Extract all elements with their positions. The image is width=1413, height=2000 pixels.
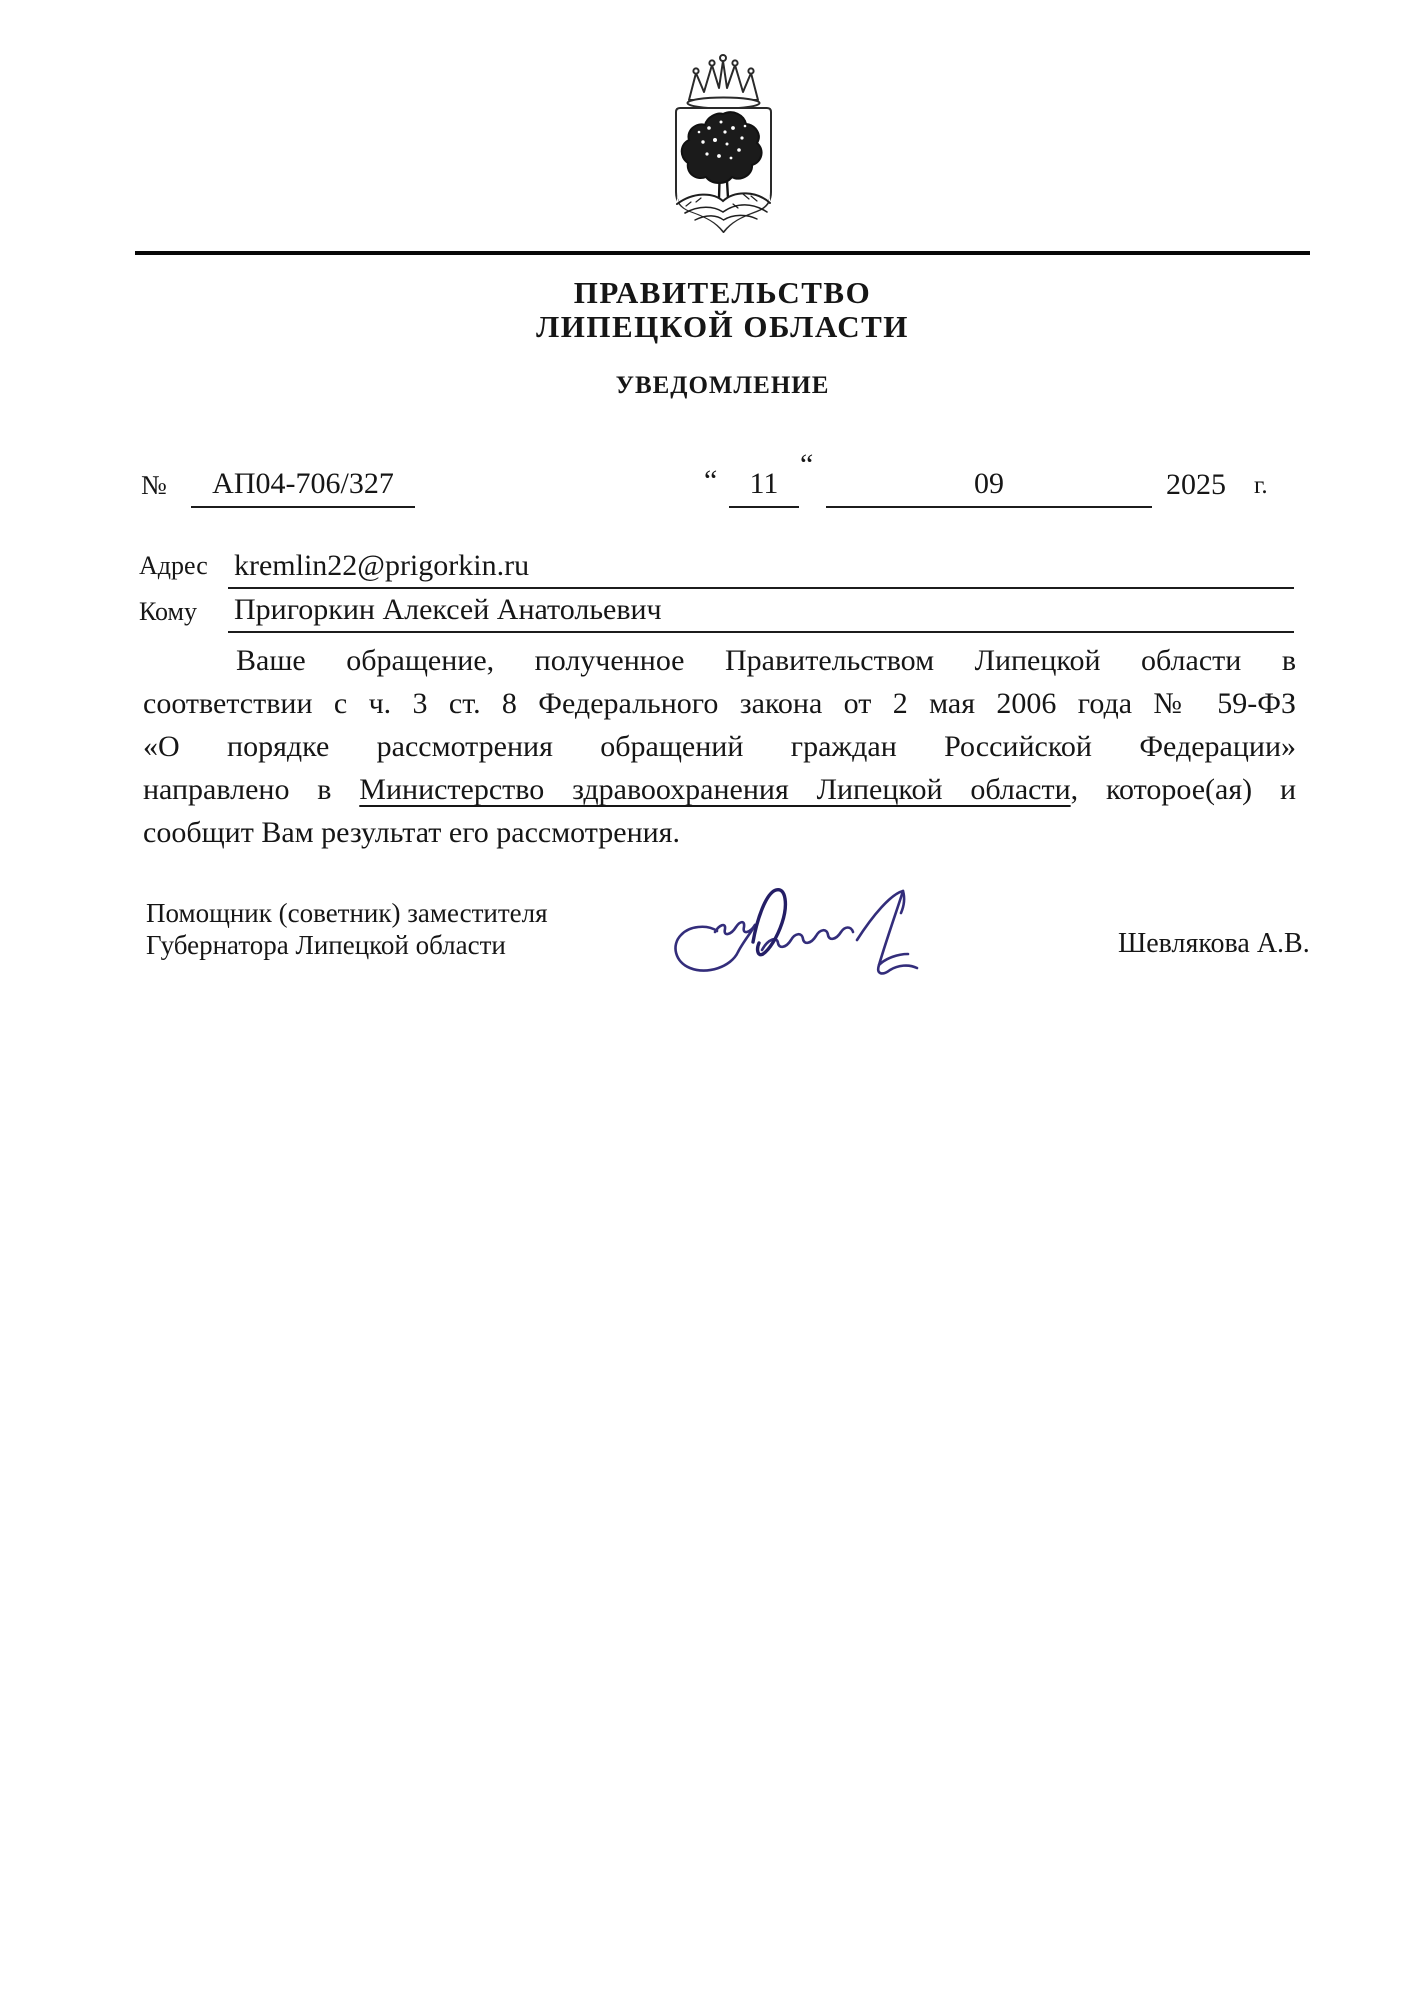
signer-position-line1: Помощник (советник) заместителя xyxy=(146,898,548,929)
org-name-line2: ЛИПЕЦКОЙ ОБЛАСТИ xyxy=(135,310,1310,344)
org-name: ПРАВИТЕЛЬСТВО ЛИПЕЦКОЙ ОБЛАСТИ xyxy=(135,276,1310,344)
document-number-field: АП04-706/327 xyxy=(191,464,415,508)
address-label: Адрес xyxy=(139,551,208,581)
body-line-4-suffix: , которое(ая) и xyxy=(1071,773,1296,806)
date-year: 2025 xyxy=(1166,468,1226,502)
signer-position-line2: Губернатора Липецкой области xyxy=(146,930,506,961)
date-month-field: 09 xyxy=(826,464,1152,508)
lipetsk-oblast-coat-of-arms-icon xyxy=(655,50,791,234)
org-name-line1: ПРАВИТЕЛЬСТВО xyxy=(135,276,1310,310)
body-line-4: направлено в Министерство здравоохранени… xyxy=(143,768,1296,811)
body-line-3: «О порядке рассмотрения обращений гражда… xyxy=(143,725,1296,768)
date-day-field: 11 xyxy=(729,464,799,508)
handwritten-signature-icon xyxy=(645,878,945,1002)
body-line-5: сообщит Вам результат его рассмотрения. xyxy=(143,811,1296,854)
forwarded-to-ministry: Министерство здравоохранения Липецкой об… xyxy=(359,773,1070,806)
body-line-1: Ваше обращение, полученное Правительство… xyxy=(143,639,1296,682)
body-line-4-prefix: направлено в xyxy=(143,773,359,806)
to-label: Кому xyxy=(139,597,197,627)
signer-name: Шевлякова А.В. xyxy=(1118,928,1310,960)
header-divider xyxy=(135,251,1310,255)
address-value-field: kremlin22@prigorkin.ru xyxy=(228,545,1294,589)
date-close-quote: “ xyxy=(800,448,813,482)
to-value-field: Пригоркин Алексей Анатольевич xyxy=(228,589,1294,633)
date-open-quote: “ xyxy=(704,464,717,498)
date-year-suffix: г. xyxy=(1254,472,1268,500)
body-line-2: соответствии с ч. 3 ст. 8 Федерального з… xyxy=(143,682,1296,725)
doc-type-title: УВЕДОМЛЕНИЕ xyxy=(135,372,1310,400)
number-sign: № xyxy=(141,470,167,501)
notification-letter-page: ПРАВИТЕЛЬСТВО ЛИПЕЦКОЙ ОБЛАСТИ УВЕДОМЛЕН… xyxy=(0,0,1413,2000)
body-paragraph: Ваше обращение, полученное Правительство… xyxy=(143,639,1296,854)
